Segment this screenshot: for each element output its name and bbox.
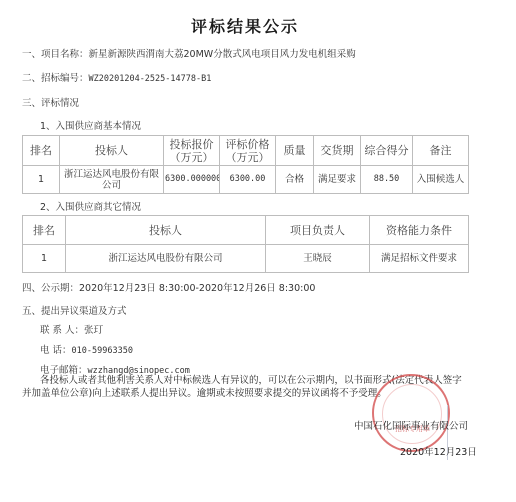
- bid-number-value: WZ20201204-2525-14778-B1: [89, 74, 212, 84]
- column-header: 交货期: [314, 136, 361, 166]
- contact-person-line: 联 系 人：张玎: [40, 322, 103, 336]
- quality-cell: 合格: [276, 166, 314, 194]
- rank-cell: 1: [23, 245, 66, 273]
- contact-name: 张玎: [84, 325, 103, 336]
- column-header: 资格能力条件: [370, 216, 469, 245]
- project-manager-cell: 王晓辰: [266, 245, 370, 273]
- delivery-cell: 满足要求: [314, 166, 361, 194]
- column-header: 项目负责人: [266, 216, 370, 245]
- announcement-document: 评标结果公示 一、项目名称：新星新源陕西渭南大荔20MW分散式风电项目风力发电机…: [0, 0, 516, 502]
- column-header: 评标价格（万元）: [220, 136, 276, 166]
- phone-label: 电 话：: [40, 345, 72, 356]
- bidder-cell: 浙江运达风电股份有限公司: [66, 245, 266, 273]
- section-evaluation-heading: 三、评标情况: [22, 95, 79, 109]
- bid-price-cell: 6300.000000: [164, 166, 220, 194]
- page-title: 评标结果公示: [0, 14, 490, 37]
- table-header-row: 排名 投标人 投标报价（万元） 评标价格（万元） 质量 交货期 综合得分 备注: [23, 136, 469, 166]
- phone-value: 010-59963350: [72, 346, 133, 356]
- basic-info-table: 排名 投标人 投标报价（万元） 评标价格（万元） 质量 交货期 综合得分 备注 …: [22, 135, 469, 194]
- qualification-cell: 满足招标文件要求: [370, 245, 469, 273]
- project-name-value: 新星新源陕西渭南大荔20MW分散式风电项目风力发电机组采购: [89, 49, 356, 60]
- column-header: 投标人: [66, 216, 266, 245]
- table-row: 1 浙江运达风电股份有限公司 王晓辰 满足招标文件要求: [23, 245, 469, 273]
- column-header: 排名: [23, 216, 66, 245]
- score-cell: 88.50: [361, 166, 413, 194]
- bid-number-line: 二、招标编号：WZ20201204-2525-14778-B1: [22, 70, 211, 84]
- remark-cell: 入围候选人: [413, 166, 469, 194]
- contact-label: 联 系 人：: [40, 325, 84, 336]
- signature-company: 中国石化国际事业有限公司: [354, 418, 468, 432]
- subsection-basic-info-heading: 1、入围供应商基本情况: [40, 118, 141, 132]
- bidder-cell: 浙江运达风电股份有限公司: [60, 166, 164, 194]
- table-row: 1 浙江运达风电股份有限公司 6300.000000 6300.00 合格 满足…: [23, 166, 469, 194]
- column-header: 投标人: [60, 136, 164, 166]
- other-info-table: 排名 投标人 项目负责人 资格能力条件 1 浙江运达风电股份有限公司 王晓辰 满…: [22, 215, 469, 273]
- evaluated-price-cell: 6300.00: [220, 166, 276, 194]
- rank-cell: 1: [23, 166, 60, 194]
- signature-date: 2020年12月23日: [400, 444, 477, 458]
- phone-line: 电 话：010-59963350: [40, 342, 133, 356]
- column-header: 综合得分: [361, 136, 413, 166]
- table-header-row: 排名 投标人 项目负责人 资格能力条件: [23, 216, 469, 245]
- official-seal: 招标专用章: [372, 374, 450, 452]
- column-header: 排名: [23, 136, 60, 166]
- publicity-period-line: 四、公示期：2020年12月23日 8:30:00-2020年12月26日 8:…: [22, 280, 315, 294]
- column-header: 投标报价（万元）: [164, 136, 220, 166]
- column-header: 质量: [276, 136, 314, 166]
- project-name-line: 一、项目名称：新星新源陕西渭南大荔20MW分散式风电项目风力发电机组采购: [22, 46, 356, 60]
- seal-inner-ring: [382, 384, 442, 444]
- bid-number-label: 二、招标编号：: [22, 73, 89, 84]
- subsection-other-info-heading: 2、入围供应商其它情况: [40, 199, 141, 213]
- objection-section-heading: 五、提出异议渠道及方式: [22, 303, 127, 317]
- column-header: 备注: [413, 136, 469, 166]
- project-name-label: 一、项目名称：: [22, 49, 89, 60]
